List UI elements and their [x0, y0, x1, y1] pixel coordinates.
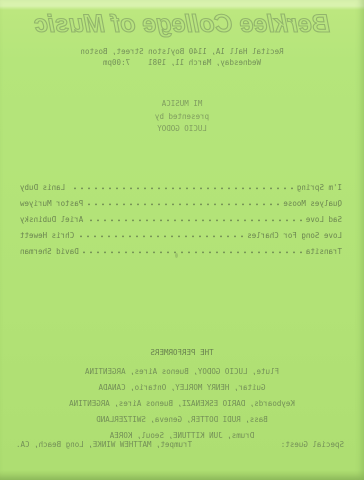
composer-name: Ariel Dubinsky	[20, 215, 83, 224]
dotted-leader	[78, 233, 243, 238]
performer-line: Guitar, HENRY MORLEY, Ontario, CANADA	[0, 380, 364, 396]
dotted-leader	[83, 249, 302, 254]
song-title: Sad Love	[306, 215, 342, 224]
composer-name: Lanis Duby	[20, 183, 65, 192]
dotted-leader	[69, 185, 293, 190]
scan-smudge	[175, 253, 178, 258]
program-row: I'm Spring Lanis Duby	[20, 183, 342, 199]
song-title: I'm Spring	[297, 183, 342, 192]
special-guest-name: Trumpet, MATTHEW WINKE, Long Beach, CA.	[16, 440, 192, 449]
performer-line: Flute, LUCIO GODOY, Buenos Aires, ARGENT…	[0, 364, 364, 380]
dotted-leader	[87, 217, 302, 222]
song-title: Love Song For Charles	[247, 231, 342, 240]
song-title: Transita	[306, 247, 342, 256]
performer-line: Keyboards, DARIO ESKENAZI, Buenos Aires,…	[0, 396, 364, 412]
venue-address: Recital Hall 1A, 1140 Boylston Street, B…	[0, 47, 364, 56]
special-guest-label: Special Guest:	[281, 440, 344, 449]
dotted-leader	[87, 201, 279, 206]
presenter-name: LUCIO GODOY	[0, 124, 364, 133]
performer-line: Bass, RUDI DOTTER, Geneva, SWITZERLAND	[0, 412, 364, 428]
program-row: Qualyes Moose Pastor Muriyew	[20, 199, 342, 215]
performers-section: THE PERFORMERS Flute, LUCIO GODOY, Bueno…	[0, 348, 364, 444]
program-row: Sad Love Ariel Dubinsky	[20, 215, 342, 231]
composer-name: Pastor Muriyew	[20, 199, 83, 208]
program-row: Transita David Sherman	[20, 247, 342, 263]
program-scan: Berklee College of Music Recital Hall 1A…	[0, 0, 364, 480]
recital-title: MI MUSICA	[0, 99, 364, 108]
performers-heading: THE PERFORMERS	[0, 348, 364, 357]
special-guest-line: Special Guest: Trumpet, MATTHEW WINKE, L…	[16, 440, 344, 449]
program-row: Love Song For Charles Chris Hewett	[20, 231, 342, 247]
program-list: I'm Spring Lanis Duby Qualyes Moose Past…	[20, 183, 342, 263]
berklee-logo: Berklee College of Music	[0, 10, 364, 39]
song-title: Qualyes Moose	[283, 199, 342, 208]
composer-name: Chris Hewett	[20, 231, 74, 240]
presented-by-label: presented by	[0, 112, 364, 121]
event-datetime: Wednesday, March 11, 1981 7:00pm	[0, 58, 364, 67]
composer-name: David Sherman	[20, 247, 79, 256]
mirrored-sheet: Berklee College of Music Recital Hall 1A…	[0, 0, 364, 480]
